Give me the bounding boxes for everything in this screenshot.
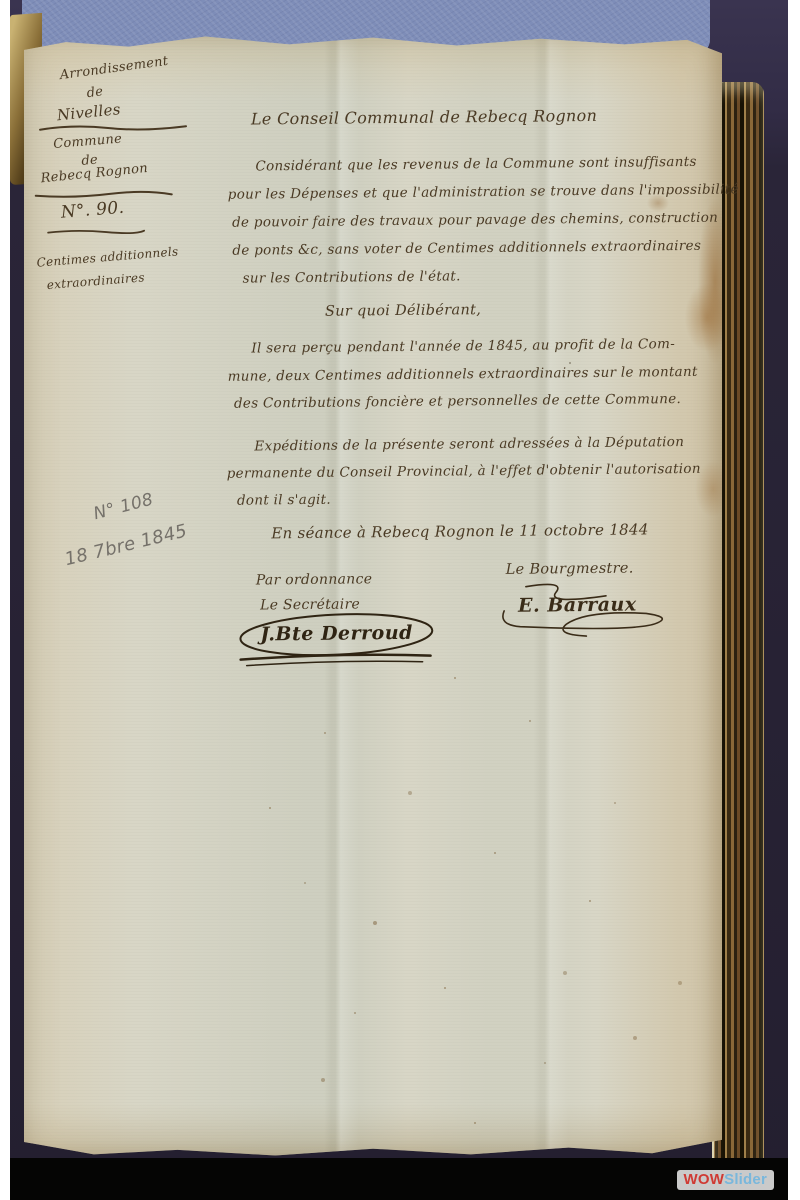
body-line: permanente du Conseil Provincial, à l'ef…: [227, 461, 701, 482]
pencil-annotation-number: N° 108: [91, 490, 155, 525]
margin-subject-line2: extraordinaires: [46, 270, 145, 292]
body-line: sur les Contributions de l'état.: [243, 268, 461, 286]
watermark-wow-text: WOW: [684, 1171, 725, 1188]
watermark-slider-text: Slider: [724, 1171, 767, 1188]
bourgmestre-signature-name: E. Barraux: [518, 594, 637, 617]
wowslider-watermark[interactable]: WOWSlider: [677, 1170, 774, 1190]
body-line: dont il s'agit.: [237, 492, 331, 509]
margin-arrondissement-line2: de: [86, 84, 104, 101]
register-photo: Arrondissement de Nivelles Commune de Re…: [10, 0, 788, 1200]
secretary-signature-name: J.Bte Derroud: [260, 622, 413, 646]
body-line: pour les Dépenses et que l'administratio…: [228, 181, 739, 202]
secretary-signature: J.Bte Derroud: [236, 610, 437, 672]
body-line: mune, deux Centimes additionnels extraor…: [228, 364, 698, 385]
margin-arrondissement-line1: Arrondissement: [59, 54, 169, 83]
body-line: de ponts &c, sans voter de Centimes addi…: [232, 238, 701, 259]
bourgmestre-signature: E. Barraux: [496, 579, 677, 643]
body-line: Expéditions de la présente seront adress…: [254, 434, 684, 455]
body-line: Il sera perçu pendant l'année de 1845, a…: [251, 336, 675, 356]
pencil-annotation-date: 18 7bre 1845: [63, 520, 190, 570]
document-heading: Le Conseil Communal de Rebecq Rognon: [251, 106, 597, 129]
body-line: de pouvoir faire des travaux pour pavage…: [232, 210, 718, 231]
signature-left-role-line1: Par ordonnance: [256, 571, 373, 588]
margin-commune-line1: Commune: [53, 131, 123, 151]
margin-subject-line1: Centimes additionnels: [36, 244, 179, 269]
body-line: des Contributions foncière et personnell…: [234, 391, 681, 412]
signature-right-role: Le Bourgmestre.: [506, 561, 634, 578]
handwriting-layer: Arrondissement de Nivelles Commune de Re…: [10, 0, 788, 1200]
document-subheading: Sur quoi Délibérant,: [325, 302, 481, 320]
underline-flourish-icon: [46, 227, 146, 238]
margin-reference-number: N°. 90.: [60, 198, 125, 223]
body-line: Considérant que les revenus de la Commun…: [255, 154, 696, 175]
margin-arrondissement-line3: Nivelles: [56, 100, 121, 124]
dateline: En séance à Rebecq Rognon le 11 octobre …: [271, 520, 649, 542]
